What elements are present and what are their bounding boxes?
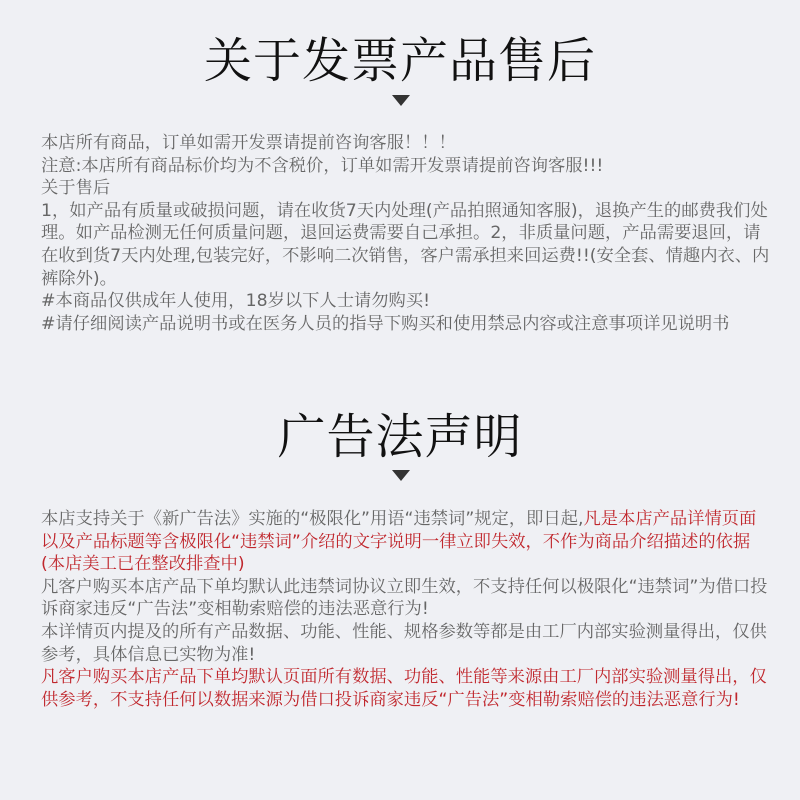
ad-law-paragraph-4: 凡客户购买本店产品下单均默认页面所有数据、功能、性能等来源由工厂内部实验测量得出… [41, 666, 771, 711]
text-line: 本店所有商品，订单如需开发票请提前咨询客服！！！ [41, 132, 771, 155]
section-title-ad-law: 广告法声明 [0, 398, 800, 467]
text-line: 1，如产品有质量或破损问题，请在收货7天内处理(产品拍照通知客服)，退换产生的邮… [41, 200, 771, 290]
ad-law-text: 本店支持关于《新广告法》实施的“极限化”用语“违禁词”规定，即日起,凡是本店产品… [41, 508, 771, 711]
text-line: #本商品仅供成年人使用，18岁以下人士请勿购买! [41, 290, 771, 313]
invoice-aftersales-text: 本店所有商品，订单如需开发票请提前咨询客服！！！ 注意:本店所有商品标价均为不含… [41, 132, 771, 335]
text-line: #请仔细阅读产品说明书或在医务人员的指导下购买和使用禁忌内容或注意事项详见说明书 [41, 313, 771, 336]
ad-law-paragraph-1: 本店支持关于《新广告法》实施的“极限化”用语“违禁词”规定，即日起,凡是本店产品… [41, 508, 771, 576]
text-line: 关于售后 [41, 177, 771, 200]
triangle-down-icon [392, 470, 410, 481]
text-normal: 本店支持关于《新广告法》实施的“极限化”用语“违禁词”规定，即日起, [41, 509, 583, 529]
ad-law-paragraph-3: 本详情页内提及的所有产品数据、功能、性能、规格参数等都是由工厂内部实验测量得出，… [41, 621, 771, 666]
ad-law-paragraph-2: 凡客户购买本店产品下单均默认此违禁词协议立即生效，不支持任何以极限化“违禁词”为… [41, 576, 771, 621]
text-line: 注意:本店所有商品标价均为不含税价，订单如需开发票请提前咨询客服!!! [41, 155, 771, 178]
triangle-down-icon [392, 95, 410, 106]
section-title-invoice-aftersales: 关于发票产品售后 [0, 22, 800, 91]
